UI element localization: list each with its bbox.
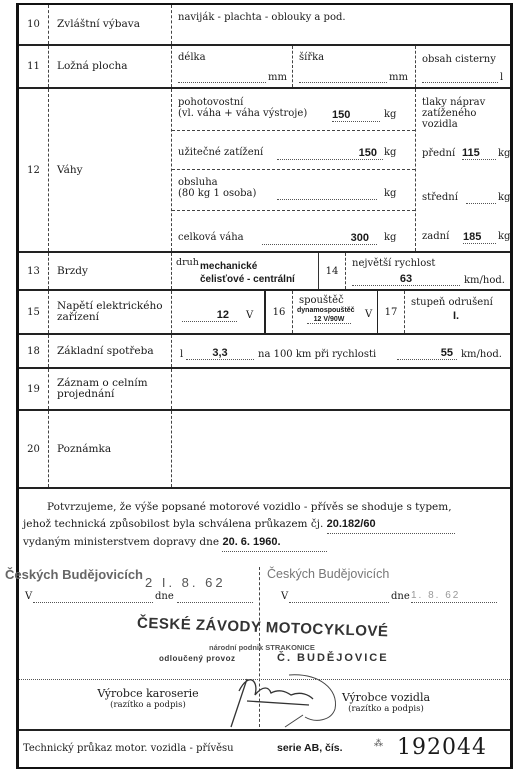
kg-unit: kg [498,148,510,159]
row-number: 16 [266,291,293,333]
kg-unit: kg [384,147,396,158]
total-weight-label: celková váha [178,232,244,243]
kg-unit: kg [384,232,396,243]
weights-column: pohotovostní (vl. váha + váha výstroje) … [172,89,416,251]
vehicle-maker-block: Výrobce vozidla (razítko a podpis) [331,691,441,714]
starter-label: spouštěč [299,295,344,306]
row-label: Záznam o celním projednání [49,369,172,409]
tank-unit: l [500,72,503,83]
front-axle-label: přední [422,148,455,159]
crew-label-line2: (80 kg 1 osoba) [178,188,256,199]
confirmation-line3: vydaným ministerstvem dopravy dne 20. 6.… [23,534,506,552]
special-equipment-value: naviják - plachta - oblouky a pod. [172,5,510,44]
divider [172,130,415,131]
divider [172,169,415,170]
row-11-cargo-area: 11 Ložná plocha délka mm šířka mm obsah … [19,46,510,89]
certificate-footer: Technický průkaz motor. vozidla - přívěs… [19,729,510,767]
row-12-weights: 12 Váhy pohotovostní (vl. váha + váha vý… [19,89,510,253]
crew-value [277,188,377,200]
max-speed-value: 63 [352,273,460,286]
kg-unit: kg [384,109,396,120]
cargo-width-field: šířka mm [293,46,416,87]
row-number: 17 [378,291,405,333]
starter-field: spouštěč dynamospouštěč 12 V/90W V [293,291,378,333]
length-dotline [178,72,266,83]
row-label: Brzdy [49,253,172,289]
payload-label: užitečné zatížení [178,147,263,158]
row-number: 11 [19,46,49,87]
left-place-stamp: Českých Budějovicích [5,567,143,582]
row-number: 18 [19,335,49,367]
middle-axle-label: střední [422,192,458,203]
middle-axle-value [466,192,496,204]
body-maker-note: (razítko a podpis) [83,700,213,710]
left-date-label: dne [155,591,174,602]
row-number: 19 [19,369,49,409]
row-label: Napětí elektrického zařízení [49,291,172,333]
row-15-16-17-electrical: 15 Napětí elektrického zařízení 12 V 16 … [19,291,510,335]
voltage-field: 12 V [172,291,266,333]
body-maker-block: Výrobce karoserie (razítko a podpis) [83,687,213,710]
axle-loads-header: tlaky náprav zatíženého vozidla [422,97,508,130]
company-stamp-line2: národní podnik STRAKONICE [209,643,315,652]
technical-certificate-page: 10 Zvláštní výbava naviják - plachta - o… [16,3,513,769]
signature-dotline [19,679,510,680]
tank-dotline [422,72,498,83]
right-place-dotline [289,591,389,603]
crew-label-line1: obsluha [178,177,256,188]
row-label: Poznámka [49,411,172,487]
approval-number: 20.182/60 [327,516,455,534]
right-date-label: dne [391,591,410,602]
fuel-consumption-field: l 3,3 na 100 km při rychlosti 55 km/hod. [172,335,510,367]
starter-unit: V [365,309,372,320]
row-19-customs-record: 19 Záznam o celním projednání [19,369,510,411]
left-v-label: V [25,591,32,602]
row-number: 12 [19,89,49,251]
brake-type-value-line1: mechanické [200,261,257,272]
signature-area: Českých Budějovicích 2 I. 8. 62 V dne Če… [19,561,510,741]
ready-weight-label: pohotovostní (vl. váha + váha výstroje) [178,97,307,119]
row-number: 13 [19,253,49,289]
kg-unit: kg [384,188,396,199]
confirmation-paragraph: Potvrzujeme, že výše popsané motorové vo… [23,499,506,552]
company-stamp-line1: ČESKÉ ZÁVODY MOTOCYKLOVÉ [137,615,389,641]
vehicle-maker-note: (razítko a podpis) [331,704,441,714]
row-label: Zvláštní výbava [49,5,172,44]
left-date-dotline [177,591,253,603]
voltage-value: 12 [182,309,237,322]
approval-date: 20. 6. 1960. [222,534,327,552]
kg-unit: kg [498,231,510,242]
payload-value: 150 [277,147,383,160]
front-axle-value: 115 [462,147,496,160]
customs-record-value [172,369,510,409]
length-unit: mm [268,72,287,83]
width-dotline [299,72,387,83]
right-date-dotline [411,591,497,603]
tank-label: obsah cisterny [422,54,496,65]
brake-type-field: druh mechanické čelisťové - centrální [172,253,319,289]
ready-label-line1: pohotovostní [178,97,307,108]
vehicle-maker-label: Výrobce vozidla [331,691,441,704]
voltage-unit: V [246,310,253,321]
ready-weight-value: 150 [332,109,380,122]
max-speed-field: největší rychlost 63 km/hod. [346,253,510,289]
row-number: 20 [19,411,49,487]
row-label: Ložná plocha [49,46,172,87]
row-20-note: 20 Poznámka [19,411,510,489]
interference-suppression-field: stupeň odrušení I. [405,291,510,333]
star-icon: ⁂ [374,739,383,749]
signature-scribble-icon [219,661,349,731]
tank-volume-field: obsah cisterny l [416,46,510,87]
row-13-14-brakes-speed: 13 Brzdy druh mechanické čelisťové - cen… [19,253,510,291]
row-label: Základní spotřeba [49,335,172,367]
starter-value-line2: 12 V/90W [307,316,351,324]
length-label: délka [178,52,206,63]
rear-axle-value: 185 [463,231,496,244]
right-place-stamp: Českých Budějovicích [267,567,389,581]
row-label: Váhy [49,89,172,251]
cargo-length-field: délka mm [172,46,293,87]
speed-unit: km/hod. [461,349,502,360]
note-value [172,411,510,487]
rear-axle-label: zadní [422,231,449,242]
total-weight-value: 300 [262,232,377,245]
width-unit: mm [389,72,408,83]
row-number: 14 [319,253,346,289]
width-label: šířka [299,52,324,63]
left-place-dotline [33,591,153,603]
brake-type-label: druh [176,257,199,268]
consumption-text: na 100 km při rychlosti [258,349,376,360]
max-speed-unit: km/hod. [464,275,505,286]
brake-type-value-line2: čelisťové - centrální [200,274,295,285]
body-maker-label: Výrobce karoserie [83,687,213,700]
approval-date-prefix: vydaným ministerstvem dopravy dne [23,536,219,548]
certificate-number: 192044 [397,735,487,760]
consumption-speed-value: 55 [397,347,457,360]
liter-unit: l [180,349,183,360]
confirmation-line1: Potvrzujeme, že výše popsané motorové vo… [23,499,506,516]
footer-series: serie AB, čís. [277,742,343,754]
confirmation-line2: jehož technická způsobilost byla schvále… [23,516,506,534]
ready-label-line2: (vl. váha + váha výstroje) [178,108,307,119]
suppression-label: stupeň odrušení [411,297,493,308]
row-number: 10 [19,5,49,44]
footer-text: Technický průkaz motor. vozidla - přívěs… [23,743,234,754]
left-date-stamp: 2 I. 8. 62 [145,575,226,590]
crew-label: obsluha (80 kg 1 osoba) [178,177,256,199]
divider [172,210,415,211]
starter-value-line1: dynamospouštěč [297,307,355,314]
row-10-special-equipment: 10 Zvláštní výbava naviják - plachta - o… [19,5,510,46]
suppression-value: I. [453,310,459,322]
approval-prefix: jehož technická způsobilost byla schvále… [23,518,323,530]
axle-loads-column: tlaky náprav zatíženého vozidla přední 1… [416,89,510,251]
kg-unit: kg [498,192,510,203]
right-v-label: V [281,591,288,602]
fuel-consumption-value: 3,3 [186,347,254,360]
max-speed-label: největší rychlost [352,258,435,269]
row-number: 15 [19,291,49,333]
row-18-fuel-consumption: 18 Základní spotřeba l 3,3 na 100 km při… [19,335,510,369]
